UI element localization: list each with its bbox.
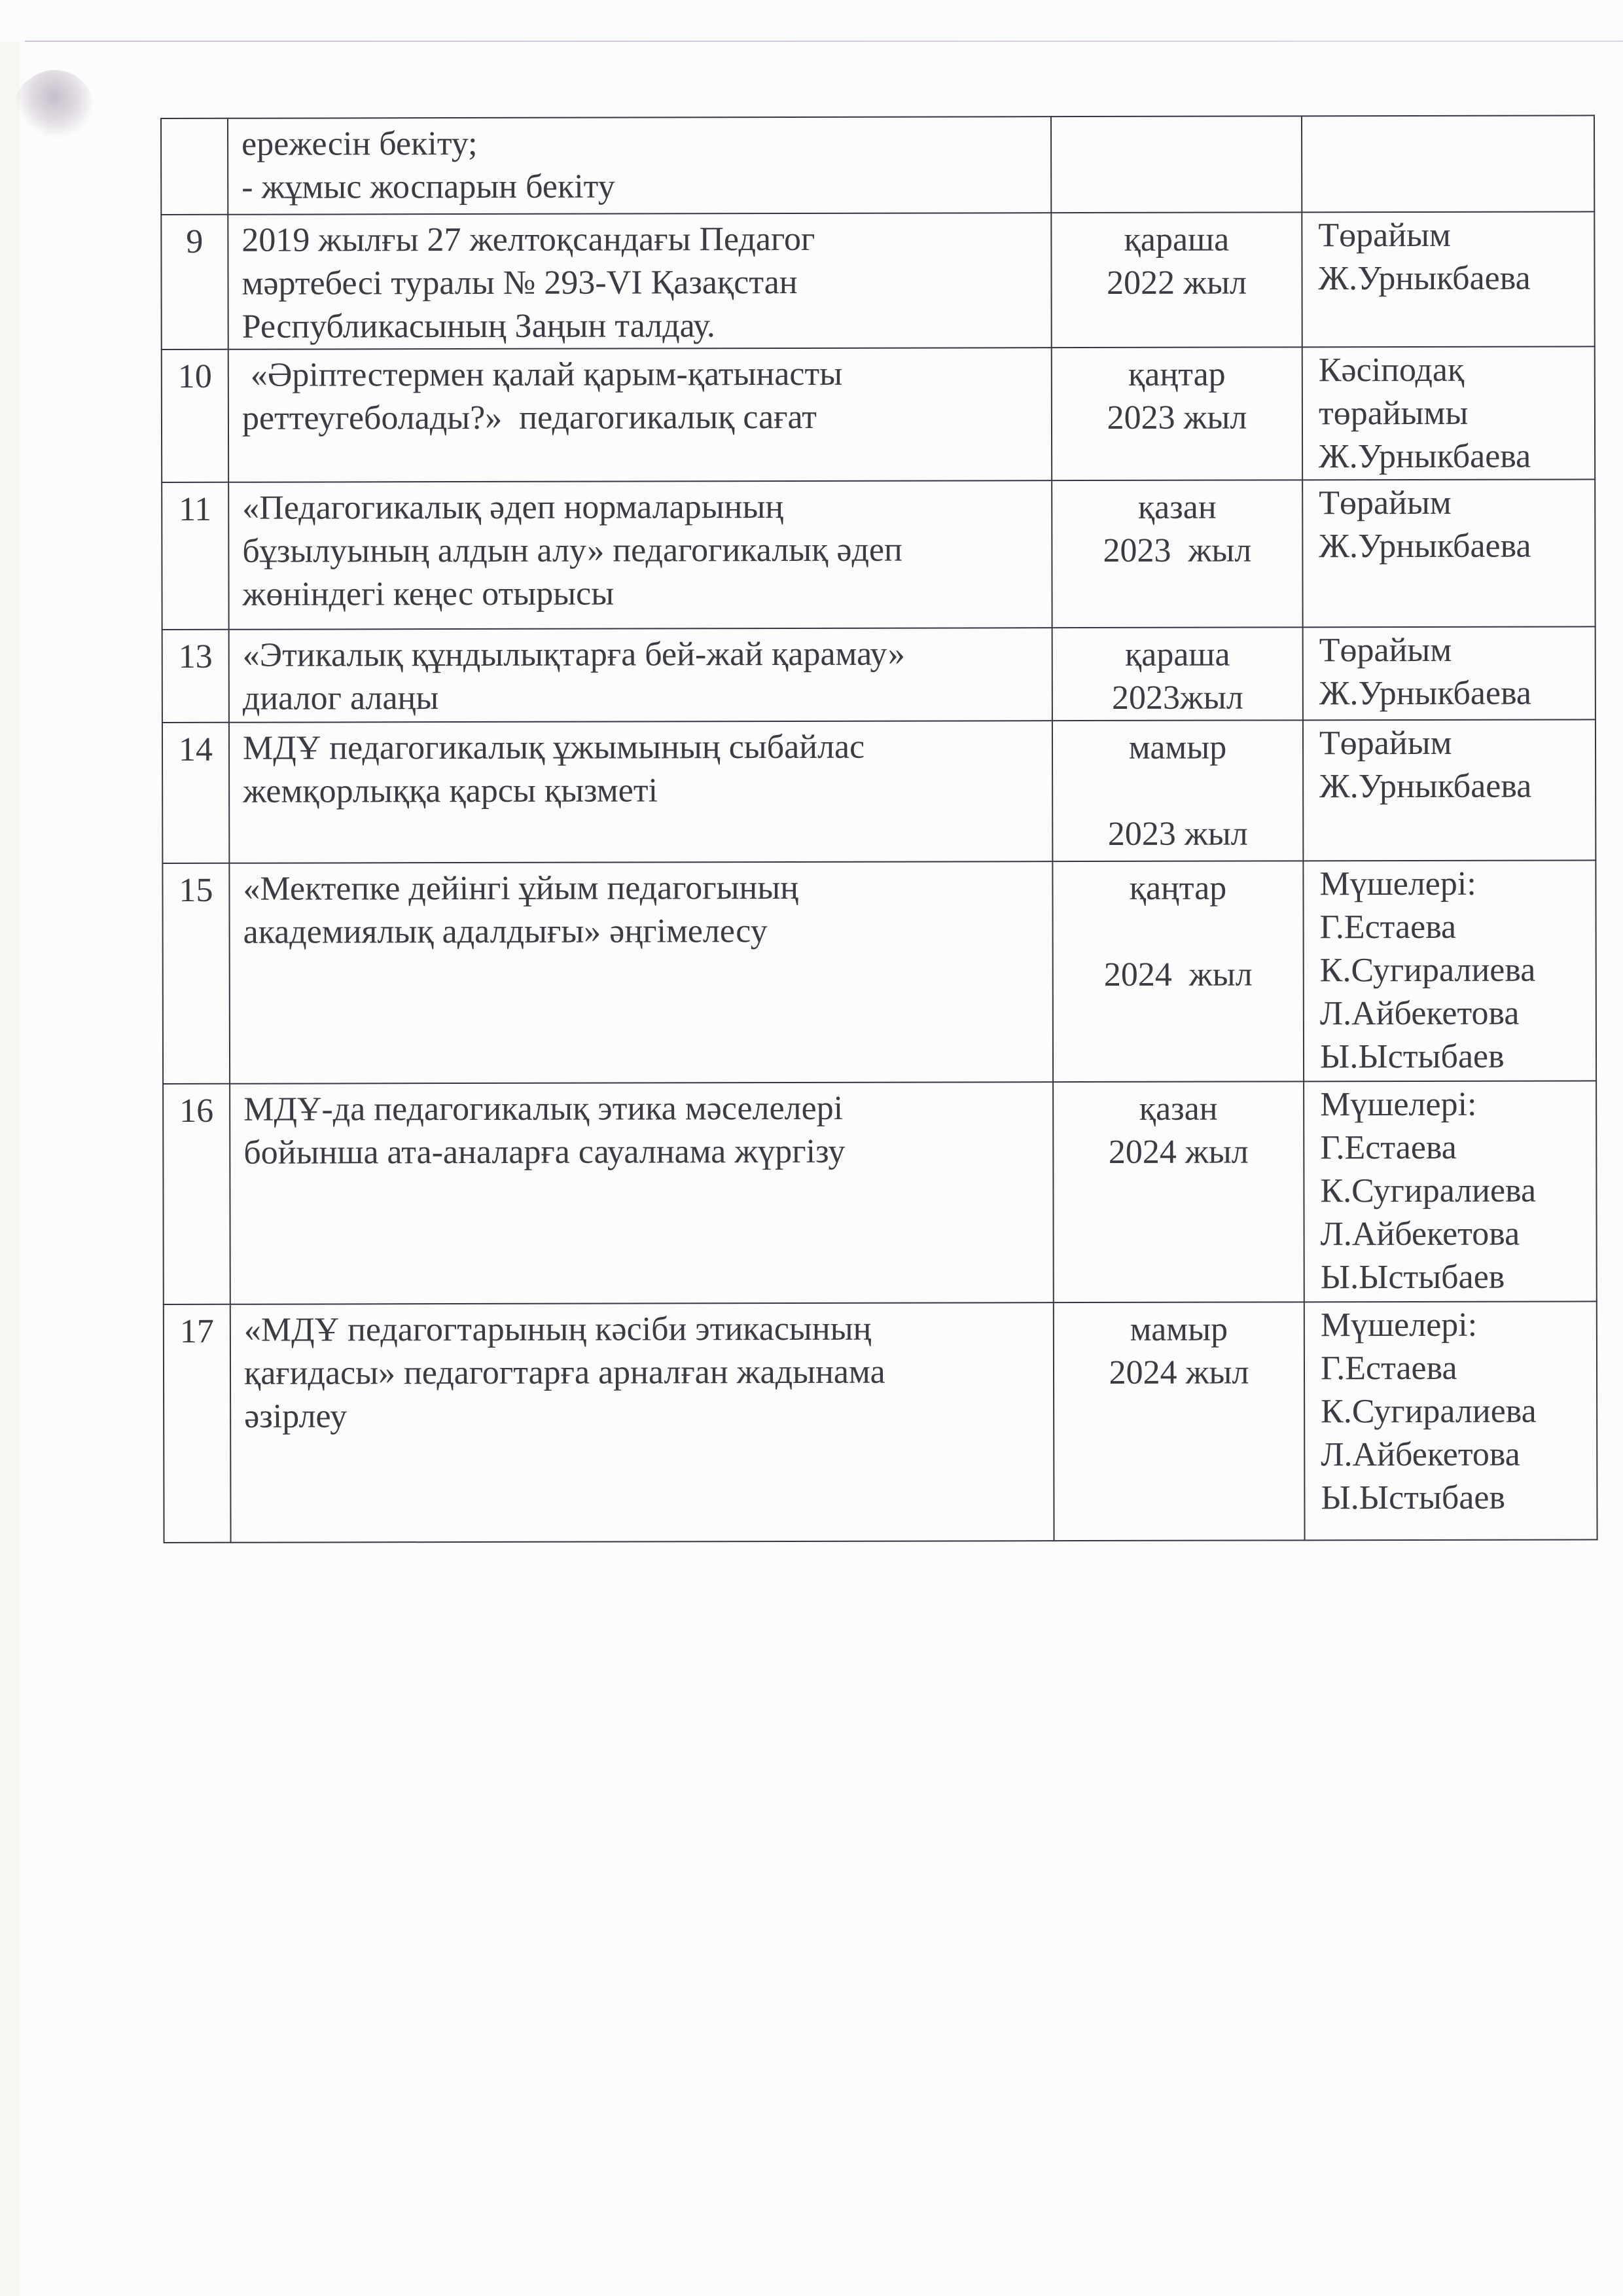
responsible-cell-line: Төрайым <box>1319 721 1591 765</box>
event-description-cell-line: қағидасы» педагогтарға арналған жадынама <box>244 1350 1046 1395</box>
responsible-cell-line: Мүшелері: <box>1321 1303 1592 1347</box>
event-description-cell-line: 2019 жылғы 27 желтоқсандағы Педагог <box>241 217 1044 262</box>
event-date-cell: қараша2023жыл <box>1052 627 1303 721</box>
row-number-cell-text: 15 <box>163 869 228 912</box>
table-row: 16МДҰ-да педагогикалық этика мәселелеріб… <box>163 1081 1597 1304</box>
responsible-cell-line: Төрайым <box>1319 628 1591 672</box>
responsible-cell-line: Ы.Ыстыбаев <box>1320 1035 1592 1079</box>
row-number-cell <box>161 118 228 215</box>
responsible-cell-line: Төрайым <box>1319 481 1590 525</box>
row-number-cell-text: 14 <box>163 728 228 772</box>
row-number-cell-text: 11 <box>162 488 228 531</box>
event-date-cell-line: мамыр <box>1054 1308 1304 1352</box>
event-date-cell: қазан2024 жыл <box>1053 1081 1304 1302</box>
responsible-cell: КәсіподақтөрайымыЖ.Урныкбаева <box>1302 346 1595 480</box>
row-number-cell-text: 16 <box>164 1090 229 1133</box>
event-date-cell-line: қаңтар <box>1053 867 1302 910</box>
row-number-cell-text: 9 <box>162 221 227 264</box>
event-description-cell: 2019 жылғы 27 желтоқсандағы Педагогмәрте… <box>228 213 1051 350</box>
responsible-cell-line: Төрайым <box>1318 213 1590 257</box>
event-date-cell-line: 2023 жыл <box>1053 812 1302 856</box>
event-date-cell-line: 2023 жыл <box>1052 396 1302 440</box>
event-date-cell: мамыр2024 жыл <box>1054 1302 1305 1541</box>
event-description-cell-line: жөніндегі кеңес отырысы <box>242 571 1044 617</box>
row-number-cell: 13 <box>162 630 229 723</box>
event-description-cell-line: МДҰ-да педагогикалық этика мәселелері <box>243 1086 1046 1132</box>
event-description-cell-line: диалог алаңы <box>243 675 1045 721</box>
row-number-cell: 16 <box>163 1084 230 1304</box>
event-description-cell: «Этикалық құндылықтарға бей-жай қарамау»… <box>229 628 1052 723</box>
responsible-cell <box>1302 115 1594 212</box>
responsible-cell: ТөрайымЖ.Урныкбаева <box>1303 719 1596 861</box>
event-description-cell-line: бұзылуының алдын алу» педагогикалық әдеп <box>242 528 1044 573</box>
responsible-cell-line: Ж.Урныкбаева <box>1319 524 1590 568</box>
row-number-cell-text: 13 <box>163 636 228 679</box>
event-date-cell-line: мамыр <box>1053 726 1302 770</box>
row-number-cell: 10 <box>162 350 228 482</box>
event-description-cell-line: - жұмыс жоспарын бекіту <box>241 164 1044 209</box>
responsible-cell-line: Ж.Урныкбаева <box>1319 435 1590 478</box>
event-date-cell-line <box>1054 910 1303 954</box>
table-body: ережесін бекіту;- жұмыс жоспарын бекіту9… <box>161 115 1597 1543</box>
event-date-cell-line: 2023 жыл <box>1052 529 1302 573</box>
responsible-cell-line: Ж.Урныкбаева <box>1319 672 1591 715</box>
responsible-cell-line: Ж.Урныкбаева <box>1319 764 1591 808</box>
event-description-cell-line: «Педагогикалық әдеп нормаларының <box>242 485 1044 530</box>
responsible-cell: ТөрайымЖ.Урныкбаева <box>1302 211 1594 347</box>
event-description-cell: «Педагогикалық әдеп нормаларыныңбұзылуын… <box>228 480 1052 630</box>
responsible-cell-line: Г.Естаева <box>1321 1346 1592 1390</box>
event-date-cell: қаңтар2024 жыл <box>1052 861 1304 1082</box>
responsible-cell-line: Ы.Ыстыбаев <box>1321 1255 1592 1299</box>
responsible-cell-line: Г.Естаева <box>1320 905 1592 949</box>
event-date-cell-line: қазан <box>1054 1087 1303 1131</box>
row-number-cell-text: 10 <box>162 355 228 399</box>
event-description-cell-line: «МДҰ педагогтарының кәсіби этикасының <box>244 1307 1046 1352</box>
event-date-cell: мамыр2023 жыл <box>1052 720 1303 861</box>
responsible-cell-line: Кәсіподақ <box>1319 348 1590 392</box>
responsible-cell: Мүшелері:Г.ЕстаеваК.СугиралиеваЛ.Айбекет… <box>1304 1081 1597 1302</box>
table-row: 17«МДҰ педагогтарының кәсіби этикасыныңқ… <box>164 1301 1597 1543</box>
event-description-cell-line: «Этикалық құндылықтарға бей-жай қарамау» <box>243 632 1045 677</box>
event-date-cell-line: 2024 жыл <box>1054 1130 1303 1174</box>
event-date-cell-line: 2022 жыл <box>1052 261 1301 305</box>
event-date-cell: қараша2022 жыл <box>1051 212 1302 348</box>
event-date-cell-line: 2023жыл <box>1053 676 1302 720</box>
event-description-cell-line: бойынша ата-аналарға сауалнама жүргізу <box>243 1130 1046 1175</box>
event-date-cell-line: қараша <box>1053 633 1302 677</box>
event-description-cell-line: әзірлеу <box>244 1393 1046 1439</box>
row-number-cell-text: 17 <box>164 1310 230 1354</box>
responsible-cell-line: К.Сугиралиева <box>1320 948 1592 992</box>
responsible-cell-line: Л.Айбекетова <box>1321 1212 1592 1256</box>
responsible-cell: Мүшелері:Г.ЕстаеваК.СугиралиеваЛ.Айбекет… <box>1303 860 1596 1081</box>
event-date-cell-line: 2024 жыл <box>1054 1351 1304 1395</box>
table-row: 10 «Әріптестермен қалай қарым-қатынастыр… <box>162 346 1595 482</box>
responsible-cell-line: Мүшелері: <box>1319 862 1591 906</box>
event-description-cell-line: МДҰ педагогикалық ұжымының сыбайлас <box>243 725 1045 770</box>
event-date-cell-line <box>1053 769 1302 813</box>
event-description-cell: «МДҰ педагогтарының кәсіби этикасыныңқағ… <box>230 1302 1054 1543</box>
responsible-cell-line: Ж.Урныкбаева <box>1318 257 1590 300</box>
responsible-cell: ТөрайымЖ.Урныкбаева <box>1303 626 1596 720</box>
event-date-cell-line: қараша <box>1052 218 1301 262</box>
event-description-cell: «Мектепке дейінгі ұйым педагогыныңакадем… <box>229 861 1053 1084</box>
event-date-cell: қазан2023 жыл <box>1052 480 1302 628</box>
row-number-cell: 11 <box>162 482 228 630</box>
responsible-cell: ТөрайымЖ.Урныкбаева <box>1302 479 1595 627</box>
event-description-cell-line: ережесін бекіту; <box>241 121 1044 166</box>
responsible-cell-line: төрайымы <box>1319 391 1590 435</box>
event-description-cell-line: «Мектепке дейінгі ұйым педагогының <box>243 866 1045 911</box>
row-number-cell: 14 <box>162 723 229 863</box>
event-plan-table: ережесін бекіту;- жұмыс жоспарын бекіту9… <box>160 115 1598 1543</box>
responsible-cell-line: Ы.Ыстыбаев <box>1321 1476 1592 1520</box>
responsible-cell-line: К.Сугиралиева <box>1320 1169 1592 1213</box>
responsible-cell-line: Л.Айбекетова <box>1321 1433 1592 1477</box>
row-number-cell: 9 <box>161 215 228 350</box>
event-date-cell <box>1051 116 1302 213</box>
table-row: 15«Мектепке дейінгі ұйым педагогыныңакад… <box>162 860 1596 1084</box>
responsible-cell-line: Л.Айбекетова <box>1320 992 1592 1035</box>
event-description-cell: ережесін бекіту;- жұмыс жоспарын бекіту <box>228 117 1051 215</box>
event-description-cell-line: академиялық адалдығы» әңгімелесу <box>243 909 1046 954</box>
event-date-cell-line: 2024 жыл <box>1054 953 1303 997</box>
scan-margin <box>0 42 20 2296</box>
row-number-cell: 17 <box>164 1304 231 1543</box>
table-row: 13«Этикалық құндылықтарға бей-жай қарама… <box>162 626 1596 723</box>
table-row: 92019 жылғы 27 желтоқсандағы Педагогмәрт… <box>161 211 1594 350</box>
responsible-cell-line: Мүшелері: <box>1320 1083 1592 1126</box>
table-row: ережесін бекіту;- жұмыс жоспарын бекіту <box>161 115 1594 215</box>
table-row: 11«Педагогикалық әдеп нормаларыныңбұзылу… <box>162 479 1595 630</box>
responsible-cell: Мүшелері:Г.ЕстаеваК.СугиралиеваЛ.Айбекет… <box>1304 1301 1597 1540</box>
event-date-cell-line: қаңтар <box>1052 353 1302 397</box>
event-date-cell: қаңтар2023 жыл <box>1052 347 1302 480</box>
event-description-cell-line: «Әріптестермен қалай қарым-қатынасты <box>242 352 1044 397</box>
responsible-cell-line: Г.Естаева <box>1320 1126 1592 1170</box>
table-row: 14МДҰ педагогикалық ұжымының сыбайласжем… <box>162 719 1596 863</box>
scan-smudge-mark <box>5 54 105 154</box>
row-number-cell: 15 <box>162 863 230 1084</box>
scan-edge-line <box>25 41 1623 42</box>
event-description-cell-line: мәртебесі туралы № 293-VI Қазақстан <box>241 260 1044 306</box>
event-description-cell-line: жемқорлыққа қарсы қызметі <box>243 768 1045 814</box>
event-description-cell-line: реттеугеболады?» педагогикалық сағат <box>242 395 1044 440</box>
event-description-cell: «Әріптестермен қалай қарым-қатынастыретт… <box>228 348 1052 482</box>
event-date-cell-line: қазан <box>1052 486 1302 529</box>
event-description-cell-line: Республикасының Заңын талдау. <box>242 304 1044 349</box>
responsible-cell-line: К.Сугиралиева <box>1321 1390 1592 1433</box>
event-description-cell: МДҰ-да педагогикалық этика мәселелерібой… <box>230 1082 1054 1304</box>
event-description-cell: МДҰ педагогикалық ұжымының сыбайласжемқо… <box>229 721 1052 863</box>
